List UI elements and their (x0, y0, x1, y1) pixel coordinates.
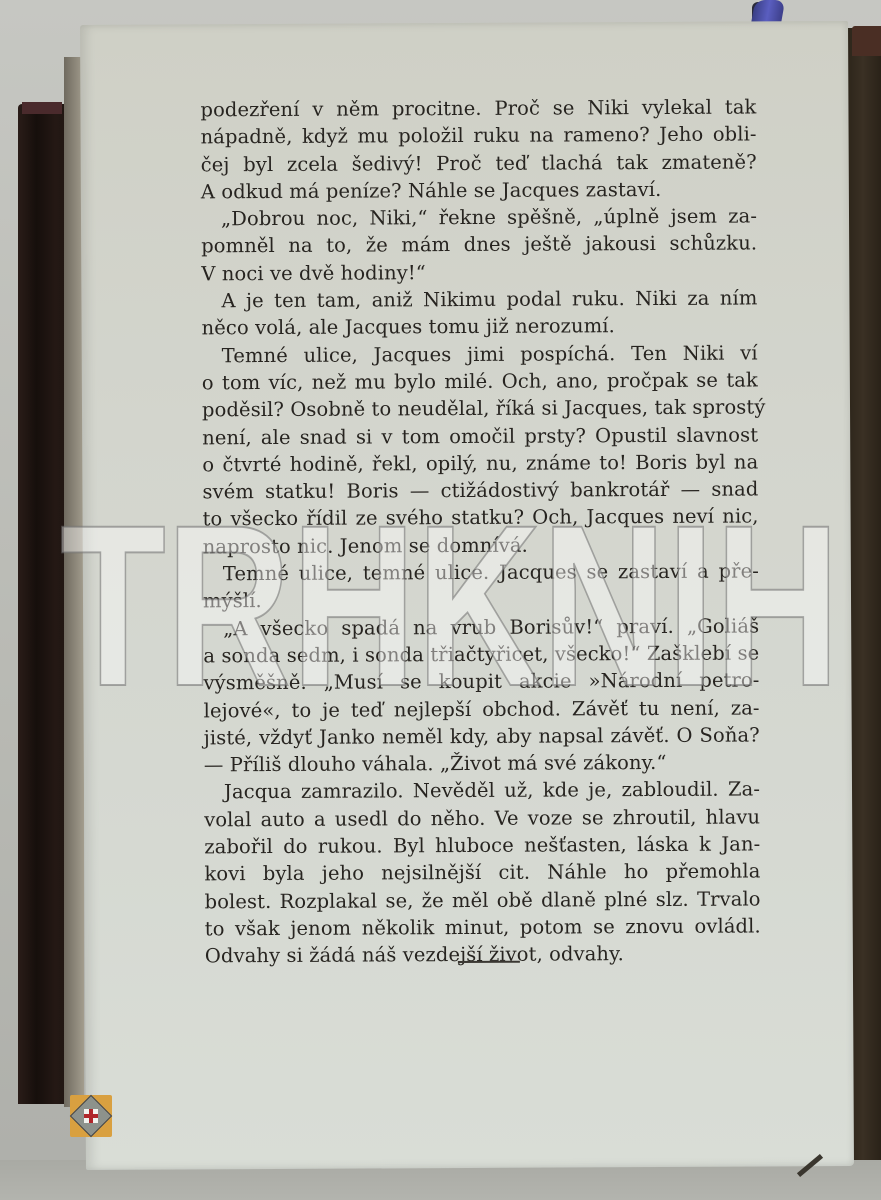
section-separator (458, 961, 520, 963)
text-line: zabořil do rukou. Byl hluboce nešťasten,… (204, 830, 760, 860)
text-line: jisté, vždyť Janko neměl kdy, aby napsal… (204, 721, 760, 751)
text-line: mýšlí. (203, 585, 759, 615)
text-line: poděsil? Osobně to neudělal, říká si Jac… (202, 394, 758, 424)
text-line: to všecko řídil ze svého statku? Och, Ja… (203, 503, 759, 533)
text-line: naprosto nic. Jenom se domnívá. (203, 530, 759, 560)
text-line: Temné ulice, temné ulice. Jacques se zas… (203, 558, 759, 588)
text-line: Odvahy si žádá náš vezdejší život, odvah… (205, 940, 761, 970)
text-line: pomněl na to, že mám dnes ještě jakousi … (201, 230, 757, 260)
text-line: podezření v něm procitne. Proč se Niki v… (200, 93, 756, 123)
text-line: nápadně, když mu položil ruku na rameno?… (201, 121, 757, 151)
shield-cross-badge-icon (70, 1095, 112, 1137)
text-line: „Dobrou noc, Niki,“ řekne spěšně, „úplně… (201, 203, 757, 233)
text-line: výsměšně. „Musí se koupit akcie »Národní… (203, 667, 759, 697)
page-text: podezření v něm procitne. Proč se Niki v… (200, 93, 761, 969)
text-line: není, ale snad si v tom omočil prsty? Op… (202, 421, 758, 451)
shield-icon (84, 1109, 98, 1123)
text-line: o tom víc, než mu bylo milé. Och, ano, p… (202, 366, 758, 396)
book-page: podezření v něm procitne. Proč se Niki v… (80, 21, 854, 1170)
text-line: A odkud má peníze? Náhle se Jacques zast… (201, 175, 757, 205)
text-line: — Příliš dlouho váhala. „Život má své zá… (204, 749, 760, 779)
text-line: čej byl zcela šedivý! Proč teď tlachá ta… (201, 148, 757, 178)
text-line: kovi byla jeho nejsilnější cit. Náhle ho… (204, 858, 760, 888)
book-cover-left-edge (22, 102, 62, 114)
text-line: o čtvrté hodině, řekl, opilý, nu, známe … (202, 448, 758, 478)
text-line: svém statku! Boris — ctižádostivý bankro… (202, 476, 758, 506)
book-cover-right-edge (852, 26, 881, 56)
text-line: a sonda sedm, i sonda třiačtyřicet, všec… (203, 639, 759, 669)
badge-diamond (70, 1095, 112, 1137)
text-line: lejové«, to je teď nejlepší obchod. Závě… (204, 694, 760, 724)
text-line: V noci ve dvě hodiny!“ (201, 257, 757, 287)
text-line: volal auto a usedl do něho. Ve voze se z… (204, 803, 760, 833)
text-line: A je ten tam, aniž Nikimu podal ruku. Ni… (201, 285, 757, 315)
text-line: Jacqua zamrazilo. Nevěděl už, kde je, za… (204, 776, 760, 806)
text-line: „A všecko spadá na vrub Borisův!“ praví.… (203, 612, 759, 642)
text-line: bolest. Rozplakal se, že měl obě dlaně p… (205, 885, 761, 915)
text-line: Temné ulice, Jacques jimi pospíchá. Ten … (202, 339, 758, 369)
text-line: to však jenom několik minut, potom se zn… (205, 912, 761, 942)
text-line: něco volá, ale Jacques tomu již nerozumí… (202, 312, 758, 342)
